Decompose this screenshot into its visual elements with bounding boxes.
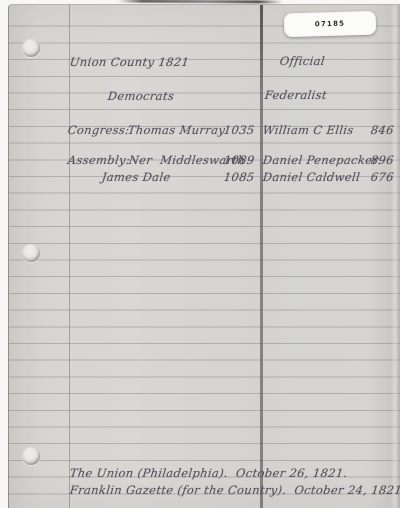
scanner-artifact-top-edge — [118, 0, 283, 4]
row-dale-dem-name: James Dale — [101, 170, 172, 184]
catalog-sticker: 07185 — [284, 11, 377, 38]
column-header-federalist: Federalist — [264, 88, 328, 102]
ruled-lines — [9, 10, 400, 508]
title-official: Official — [279, 54, 326, 68]
row-congress-dem-name: Thomas Murray — [127, 123, 226, 137]
row-congress-office: Congress: — [67, 123, 130, 137]
row-congress-dem-votes: 1035 — [223, 123, 255, 137]
punch-hole-bottom — [22, 447, 40, 465]
row-assembly-office: Assembly: — [67, 153, 131, 167]
punch-hole-middle — [22, 244, 40, 262]
row-assembly-fed-name: Daniel Penepacker — [262, 153, 379, 167]
row-congress-fed-name: William C Ellis — [262, 123, 355, 137]
row-dale-dem-votes: 1085 — [223, 170, 255, 184]
row-assembly-dem-votes: 1089 — [223, 153, 255, 167]
scanned-document: 07185 Union County 1821 Official Democra… — [0, 0, 400, 508]
punch-hole-top — [22, 39, 40, 57]
left-margin-line — [69, 5, 70, 508]
center-divider-line — [260, 5, 263, 508]
catalog-number: 07185 — [315, 20, 346, 29]
row-assembly-fed-votes: 896 — [370, 153, 395, 167]
row-congress-fed-votes: 846 — [370, 123, 395, 137]
row-dale-fed-name: Daniel Caldwell — [262, 170, 361, 184]
source-citation-union: The Union (Philadelphia). October 26, 18… — [69, 466, 348, 480]
notebook-paper: 07185 Union County 1821 Official Democra… — [8, 4, 400, 508]
source-citation-gazette: Franklin Gazette (for the Country). Octo… — [69, 483, 400, 497]
row-dale-fed-votes: 676 — [370, 170, 395, 184]
title-county-year: Union County 1821 — [69, 55, 190, 69]
column-header-democrats: Democrats — [107, 89, 175, 103]
page-right-edge-shadow — [391, 5, 400, 508]
